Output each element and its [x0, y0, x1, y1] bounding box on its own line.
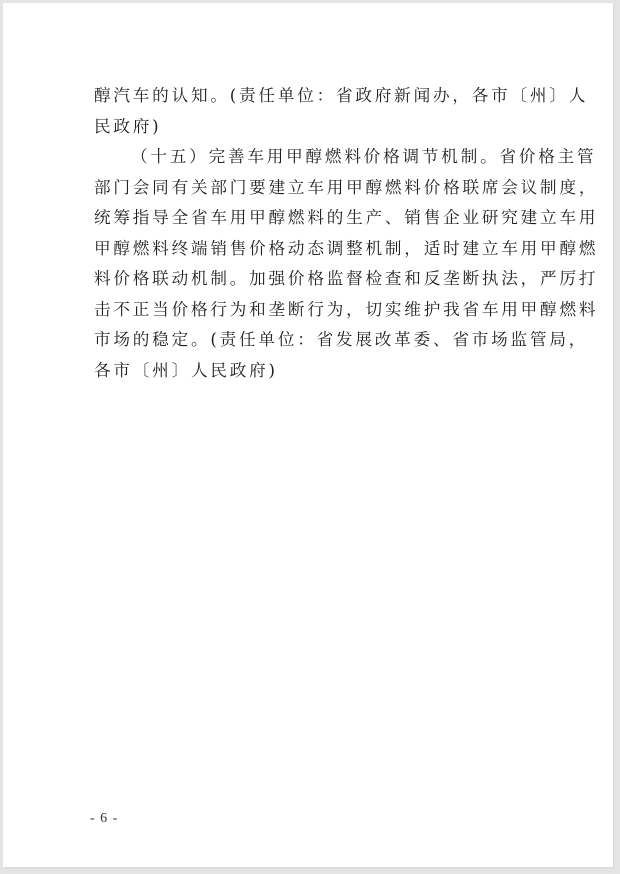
page-number: - 6 - [90, 811, 118, 827]
paragraph-15: （十五）完善车用甲醇燃料价格调节机制。省价格主管 部门会同有关部门要建立车用甲醇… [94, 142, 524, 386]
text-line: 击不正当价格行为和垄断行为，切实维护我省车用甲醇燃料 [94, 295, 524, 326]
text-line: 甲醇燃料终端销售价格动态调整机制，适时建立车用甲醇燃 [94, 234, 524, 265]
paragraph-continued: 醇汽车的认知。(责任单位：省政府新闻办，各市〔州〕人 民政府) [94, 81, 524, 142]
text-line: 醇汽车的认知。(责任单位：省政府新闻办，各市〔州〕人 [94, 81, 524, 112]
body-text: 醇汽车的认知。(责任单位：省政府新闻办，各市〔州〕人 民政府) （十五）完善车用… [94, 81, 524, 386]
text-line: 民政府) [94, 112, 524, 143]
text-line: 各市〔州〕人民政府) [94, 356, 524, 387]
text-line: 料价格联动机制。加强价格监督检查和反垄断执法，严厉打 [94, 264, 524, 295]
text-line: 市场的稳定。(责任单位：省发展改革委、省市场监管局， [94, 325, 524, 356]
text-line-indented: （十五）完善车用甲醇燃料价格调节机制。省价格主管 [94, 142, 524, 173]
text-line: 部门会同有关部门要建立车用甲醇燃料价格联席会议制度， [94, 173, 524, 204]
text-line: 统筹指导全省车用甲醇燃料的生产、销售企业研究建立车用 [94, 203, 524, 234]
document-page: 醇汽车的认知。(责任单位：省政府新闻办，各市〔州〕人 民政府) （十五）完善车用… [3, 3, 613, 867]
